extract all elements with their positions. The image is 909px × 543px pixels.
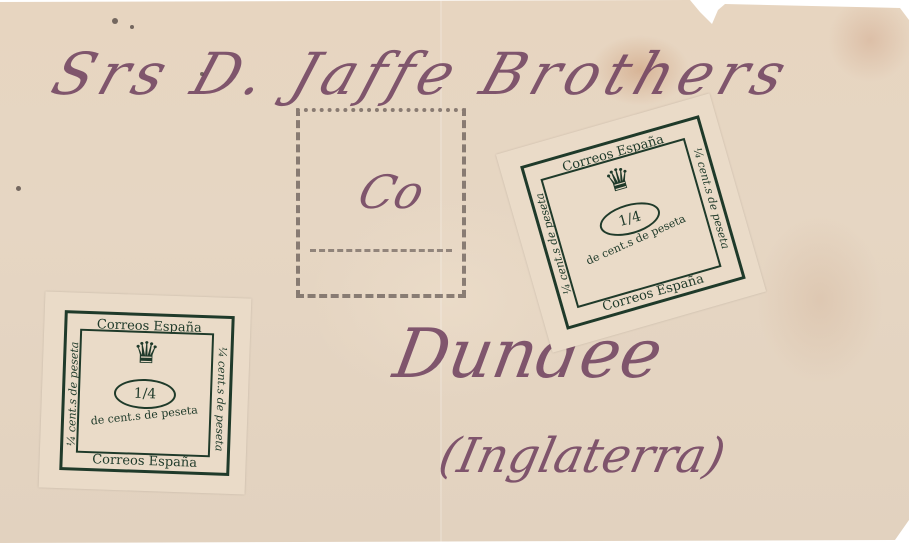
address-line-1: Srs D. Jaffe Brothers <box>44 40 800 108</box>
stamp-value: 1/4 <box>113 378 176 410</box>
stamp-right: Correos España Correos España ¼ cent.s d… <box>496 93 766 352</box>
ink-spot <box>112 18 118 24</box>
crown-icon: ♛ <box>132 339 160 370</box>
postmark-date-line <box>310 249 452 286</box>
crown-icon: ♛ <box>602 163 636 199</box>
address-country: (Inglaterra) <box>434 428 730 484</box>
ink-spot <box>16 186 21 191</box>
stamp-left: Correos España Correos España ¼ cent.s d… <box>39 291 252 494</box>
ink-spot <box>130 25 134 29</box>
stamp-right-text: ¼ cent.s de peseta <box>212 329 230 469</box>
envelope: Srs D. Jaffe Brothers Co Dundee (Inglate… <box>0 0 909 543</box>
stamp-center: ♛ 1/4 de cent.s de peseta <box>76 329 214 458</box>
